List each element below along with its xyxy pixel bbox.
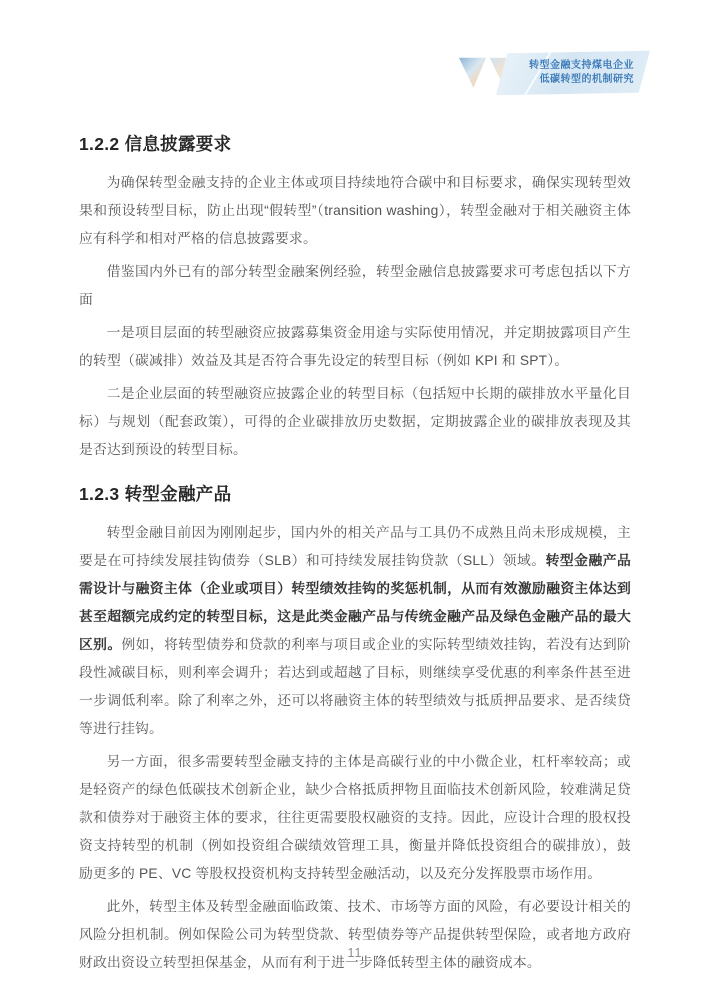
page-number: 11	[0, 946, 710, 960]
paragraph: 此外，转型主体及转型金融面临政策、技术、市场等方面的风险，有必要设计相关的风险分…	[79, 893, 631, 977]
paragraph: 借鉴国内外已有的部分转型金融案例经验，转型金融信息披露要求可考虑包括以下方面	[79, 258, 631, 314]
section-heading: 1.2.2 信息披露要求	[79, 131, 631, 156]
paragraph: 另一方面，很多需要转型金融支持的主体是高碳行业的中小微企业，杠杆率较高；或是轻资…	[79, 748, 631, 888]
text-run: 为确保转型金融支持的企业主体或项目持续地符合碳中和目标要求，确保实现转型效果和预…	[79, 175, 631, 246]
paragraph: 转型金融目前因为刚刚起步，国内外的相关产品与工具仍不成熟且尚未形成规模，主要是在…	[79, 519, 631, 743]
text-run: 借鉴国内外已有的部分转型金融案例经验，转型金融信息披露要求可考虑包括以下方面	[79, 264, 631, 307]
document-content: 1.2.2 信息披露要求为确保转型金融支持的企业主体或项目持续地符合碳中和目标要…	[79, 131, 631, 982]
text-run: 一是项目层面的转型融资应披露募集资金用途与实际使用情况，并定期披露项目产生的转型…	[79, 325, 631, 368]
report-title-banner: 转型金融支持煤电企业 低碳转型的机制研究	[502, 52, 644, 94]
report-title-line2: 低碳转型的机制研究	[540, 73, 635, 87]
document-page: 转型金融支持煤电企业 低碳转型的机制研究 1.2.2 信息披露要求为确保转型金融…	[0, 0, 710, 1004]
paragraph: 为确保转型金融支持的企业主体或项目持续地符合碳中和目标要求，确保实现转型效果和预…	[79, 169, 631, 253]
report-header: 转型金融支持煤电企业 低碳转型的机制研究	[458, 52, 644, 98]
text-run: 另一方面，很多需要转型金融支持的主体是高碳行业的中小微企业，杠杆率较高；或是轻资…	[79, 754, 631, 881]
paragraph: 一是项目层面的转型融资应披露募集资金用途与实际使用情况，并定期披露项目产生的转型…	[79, 319, 631, 375]
section-heading: 1.2.3 转型金融产品	[79, 481, 631, 506]
text-run: 二是企业层面的转型融资应披露企业的转型目标（包括短中长期的碳排放水平量化目标）与…	[79, 386, 631, 457]
report-title-line1: 转型金融支持煤电企业	[529, 59, 634, 73]
text-run: 例如，将转型债券和贷款的利率与项目或企业的实际转型绩效挂钩，若没有达到阶段性减碳…	[79, 637, 631, 736]
paragraph: 二是企业层面的转型融资应披露企业的转型目标（包括短中长期的碳排放水平量化目标）与…	[79, 380, 631, 464]
